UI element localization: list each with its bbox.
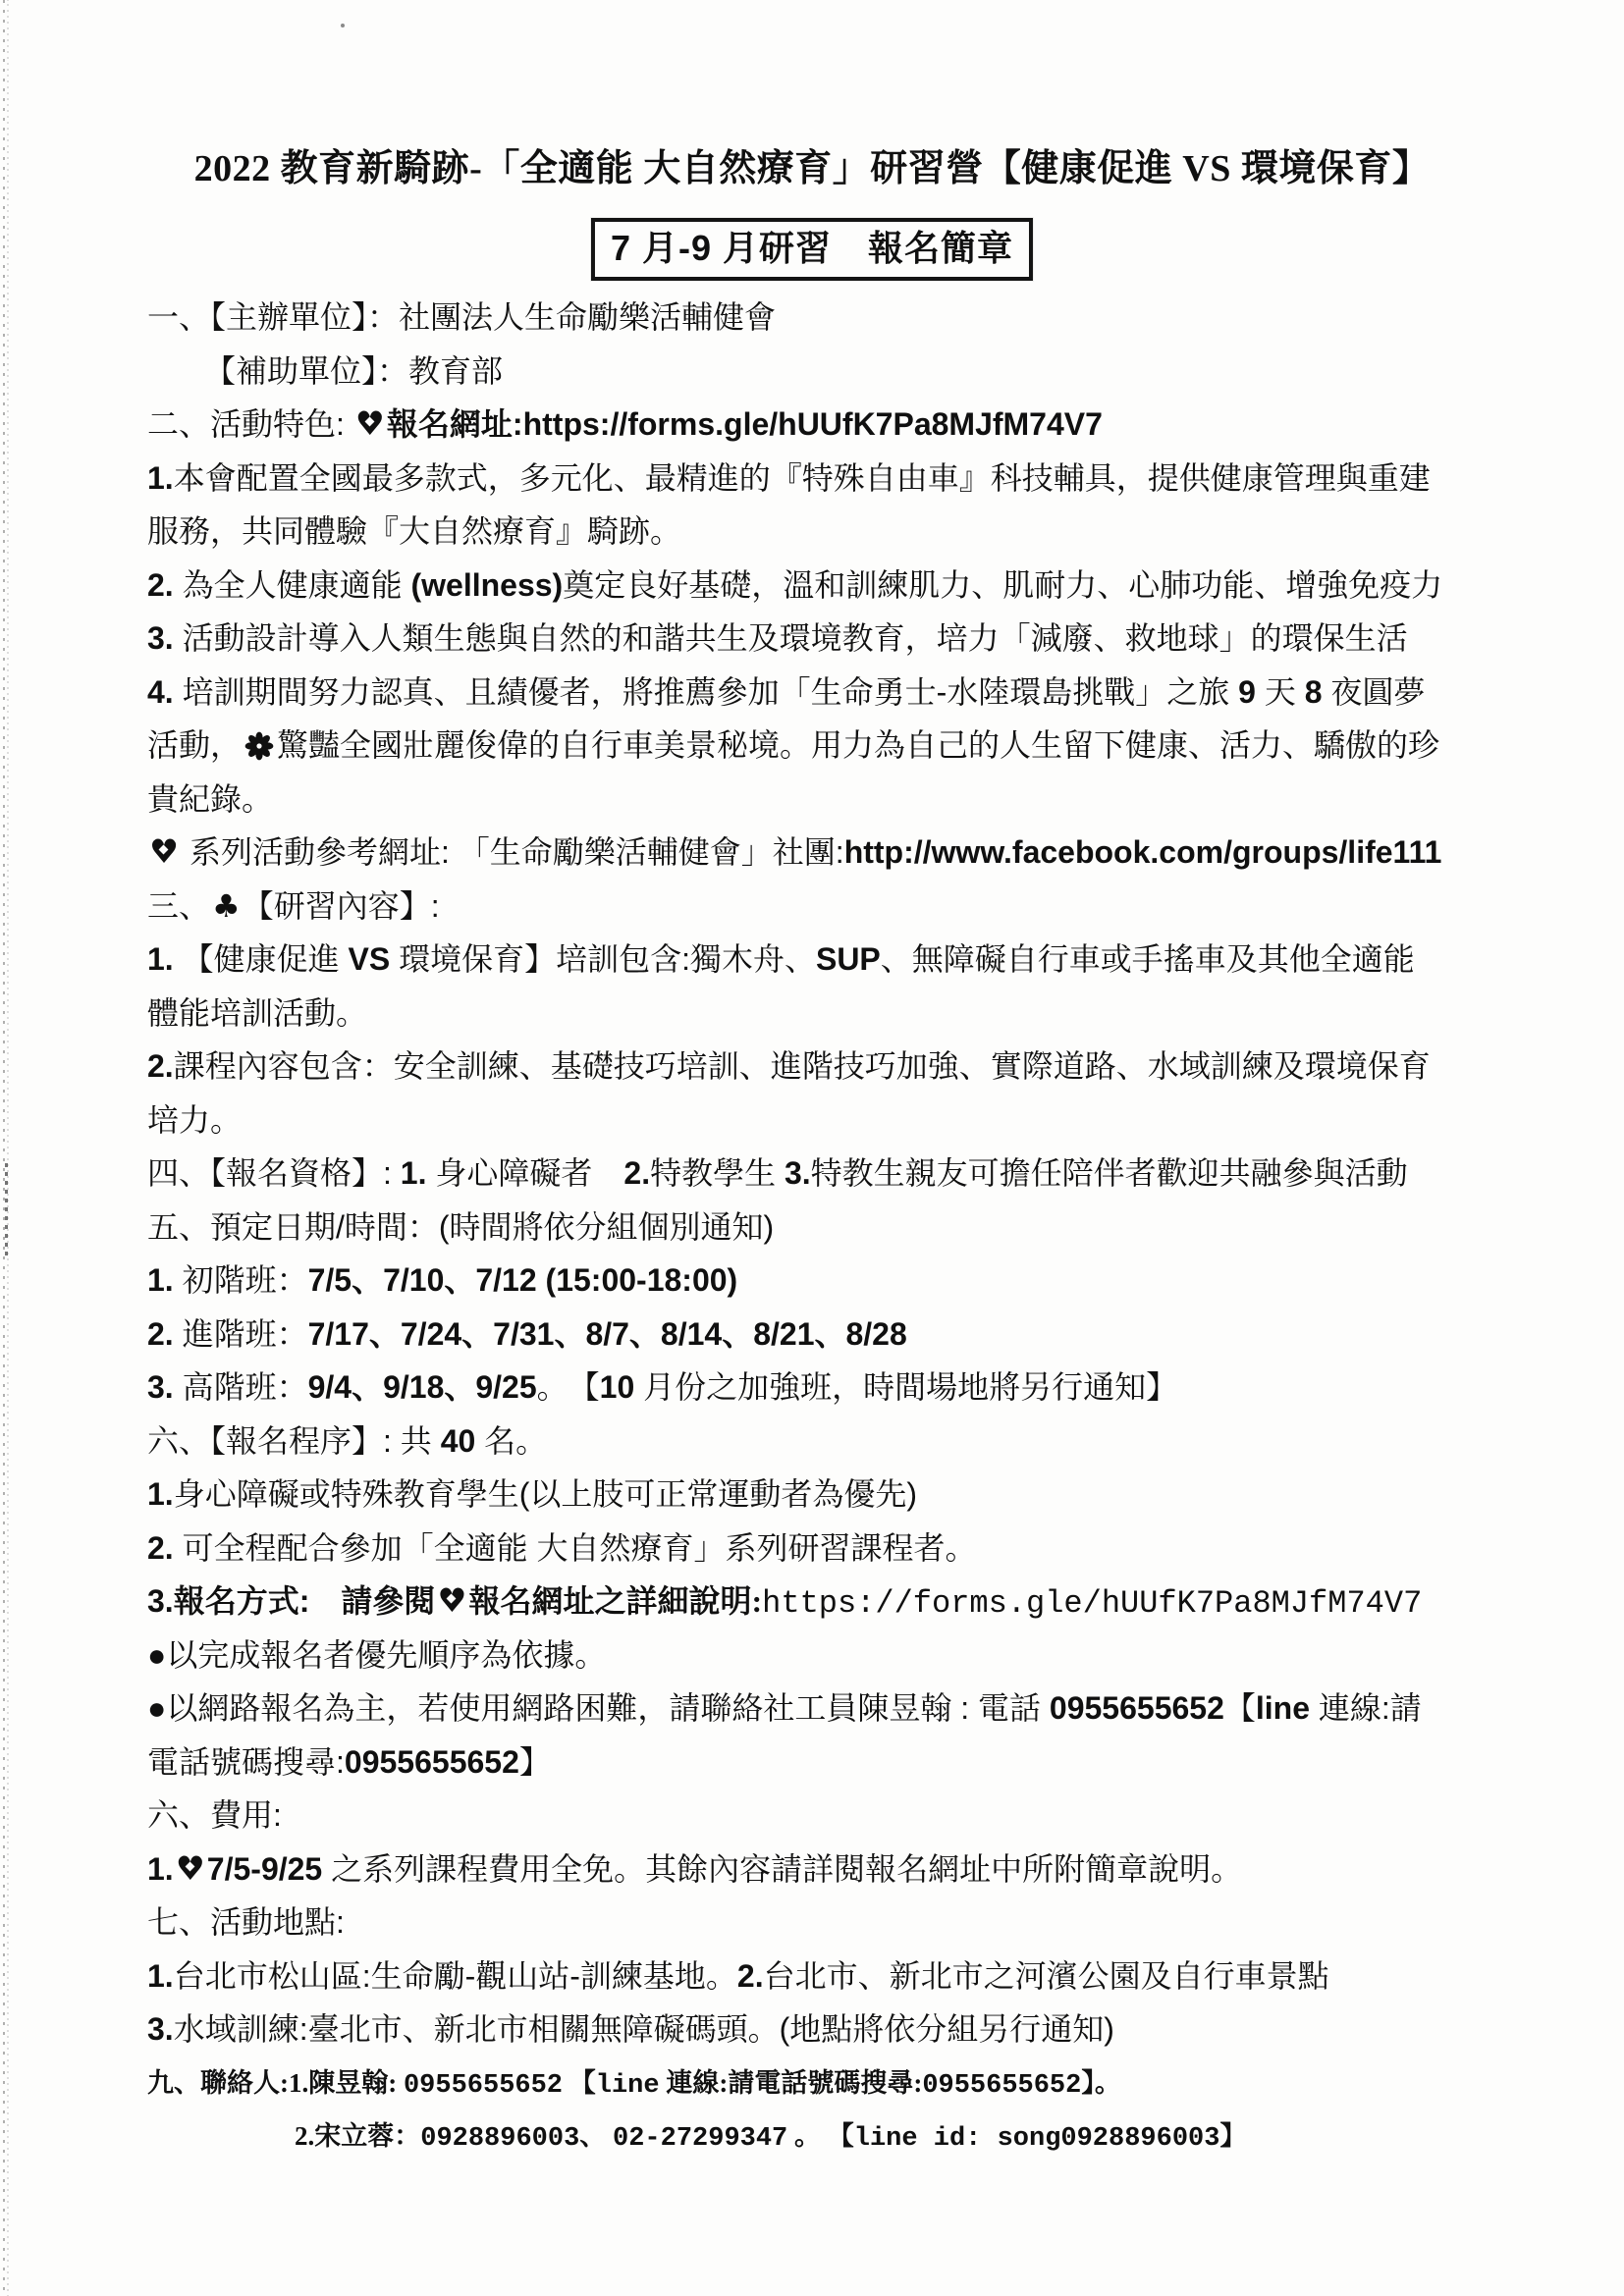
text-line: 活動，驚豔全國壯麗俊偉的自行車美景秘境。用力為自己的人生留下健康、活力、驕傲的珍 [147, 719, 1600, 773]
text-line: 電話號碼搜尋:0955655652】 [147, 1735, 1600, 1789]
text-line: 三、♣【研習內容】: [147, 880, 1600, 934]
text-segment: 10 [600, 1369, 635, 1405]
text-segment: 六、【報名程序】: 共 [147, 1423, 441, 1459]
text-segment: 2. [147, 567, 174, 603]
subtitle-text: 7 月-9 月研習 報名簡章 [611, 228, 1013, 268]
sparkling-heart-icon: ♥ [355, 407, 385, 441]
document-title: 2022 教育新騎跡-「全適能 大自然療育」研習營【健康促進 VS 環境保育】 [0, 145, 1624, 192]
text-line: 3.報名方式: 請參閱♥報名網址之詳細說明:https://forms.gle/… [147, 1575, 1600, 1629]
text-segment: 】 [1219, 2121, 1246, 2151]
text-segment: 。 【 [787, 2121, 854, 2151]
text-segment: SUP [816, 941, 881, 977]
text-segment: 2. [623, 1155, 650, 1191]
sparkling-heart-icon: ♥ [176, 1852, 205, 1886]
text-segment: 7/17、7/24、7/31、8/7、8/14、8/21、8/28 [308, 1316, 907, 1352]
text-segment: 0955655652 [404, 2071, 563, 2101]
text-segment: 水域訓練:臺北市、新北市相關無障礙碼頭。(地點將依分組另行通知) [174, 2011, 1114, 2047]
text-segment: 活動設計導入人類生態與自然的和諧共生及環境教育，培力「減廢、救地球」的環保生活 [174, 620, 1408, 656]
text-segment: 課程內容包含：安全訓練、基礎技巧培訓、進階技巧加強、實際道路、水域訓練及環境保育 [174, 1048, 1431, 1084]
text-line: 四、【報名資格】: 1. 身心障礙者 2.特教學生 3.特教生親友可擔任陪伴者歡… [147, 1147, 1600, 1201]
text-segment: 、無障礙自行車或手搖車及其他全適能 [881, 941, 1415, 977]
scan-artifact-dash [5, 1163, 8, 1256]
text-segment: 40 [441, 1423, 476, 1459]
text-line: 九、聯絡人:1.陳昱翰: 0955655652 【line 連線:請電話號碼搜尋… [147, 2056, 1600, 2110]
text-segment: ●以網路報名為主，若使用網路困難，請聯絡社工員陳昱翰 : 電話 [147, 1690, 1050, 1726]
text-line: 貴紀錄。 [147, 773, 1600, 827]
text-segment: 1. [147, 1476, 174, 1512]
text-line: 2. 進階班：7/17、7/24、7/31、8/7、8/14、8/21、8/28 [147, 1308, 1600, 1362]
text-segment: (wellness) [410, 567, 563, 603]
text-segment: 身心障礙或特殊教育學生(以上肢可正常運動者為優先) [174, 1476, 917, 1512]
text-segment: 2. [147, 1316, 174, 1352]
text-segment: 【 [563, 2068, 596, 2098]
text-line: 一、【主辦單位】：社團法人生命勵樂活輔健會 [147, 291, 1600, 345]
text-segment: 培力。 [147, 1102, 242, 1138]
text-segment: 活動， [147, 727, 242, 763]
scan-artifact-left-edge [2, 0, 11, 2296]
text-segment: 9 [1238, 674, 1256, 710]
sparkling-heart-icon: ♥ [149, 835, 179, 869]
text-segment: 名。 [475, 1423, 547, 1459]
text-segment: VS [348, 941, 390, 977]
text-line: 4. 培訓期間努力認真、且績優者，將推薦參加「生命勇士-水陸環島挑戰」之旅 9 … [147, 666, 1600, 720]
text-segment: 三、 [147, 888, 210, 924]
text-segment: 六、費用: [147, 1797, 282, 1833]
text-segment: 0955655652 [922, 2071, 1081, 2101]
text-segment: 0955655652 [345, 1744, 519, 1780]
text-segment: 1. [401, 1155, 427, 1191]
text-segment: 服務，共同體驗『大自然療育』騎跡。 [147, 513, 681, 549]
text-segment: 3. [147, 1369, 174, 1405]
text-line: 二、活動特色: ♥報名網址:https://forms.gle/hUUfK7Pa… [147, 398, 1600, 452]
text-segment: 【補助單位】：教育部 [204, 353, 503, 389]
text-segment: 2. [147, 1530, 174, 1566]
text-segment: 七、活動地點: [147, 1904, 345, 1940]
text-segment: 驚豔全國壯麗俊偉的自行車美景秘境。用力為自己的人生留下健康、活力、驕傲的珍 [277, 727, 1439, 763]
text-segment: 【 [1224, 1690, 1256, 1726]
text-line: ♥ 系列活動參考網址: 「生命勵樂活輔健會」社團:http://www.face… [147, 826, 1600, 880]
text-line: 五、預定日期/時間：(時間將依分組個別通知) [147, 1201, 1600, 1255]
text-segment: 請參閱 [341, 1583, 435, 1619]
sparkling-heart-icon: ♥ [437, 1584, 466, 1618]
text-line: 2. 可全程配合參加「全適能 大自然療育」系列研習課程者。 [147, 1522, 1600, 1575]
text-line: 體能培訓活動。 [147, 987, 1600, 1041]
text-segment: 1. [147, 460, 174, 496]
text-segment: 4. [147, 674, 174, 710]
text-segment: 特教學生 [650, 1155, 785, 1191]
text-segment: https://forms.gle/hUUfK7Pa8MJfM74V7 [762, 1585, 1422, 1622]
text-segment: http://www.facebook.com/groups/life111 [844, 834, 1442, 870]
text-segment: 身心障礙者 [426, 1155, 623, 1191]
text-segment: 奠定良好基礎，溫和訓練肌力、肌耐力、心肺功能、增強免疫力 [563, 567, 1442, 603]
text-segment: 【健康促進 [174, 941, 349, 977]
text-segment: 】 [519, 1744, 551, 1780]
text-line: 服務，共同體驗『大自然療育』騎跡。 [147, 505, 1600, 559]
text-segment: 進階班： [174, 1316, 308, 1352]
text-segment: 四、【報名資格】: [147, 1155, 401, 1191]
text-segment: 報名網址之詳細說明: [468, 1583, 762, 1619]
text-segment: 培訓期間努力認真、且績優者，將推薦參加「生命勇士-水陸環島挑戰」之旅 [174, 674, 1238, 710]
text-segment: line [1256, 1690, 1310, 1726]
text-segment: 0928896003 [420, 2124, 579, 2154]
text-segment: 台北市松山區:生命勵-觀山站-訓練基地。 [174, 1958, 737, 1994]
text-line: 【補助單位】：教育部 [204, 345, 1600, 399]
text-segment: 0955655652 [1050, 1690, 1224, 1726]
text-line: 1.台北市松山區:生命勵-觀山站-訓練基地。2.台北市、新北市之河濱公園及自行車… [147, 1949, 1600, 2003]
text-line: 2. 為全人健康適能 (wellness)奠定良好基礎，溫和訓練肌力、肌耐力、心… [147, 559, 1600, 613]
text-segment: 環境保育】培訓包含:獨木舟、 [390, 941, 816, 977]
text-segment: 02-27299347 [613, 2124, 787, 2154]
text-segment: 2.宋立蓉： [295, 2121, 420, 2151]
text-segment: 九、聯絡人:1.陳昱翰: [147, 2068, 404, 2098]
text-segment: 系列活動參考網址: 「生命勵樂活輔健會」社團: [181, 834, 844, 870]
flower-icon [244, 723, 274, 777]
text-segment: 】。 [1081, 2068, 1121, 2098]
text-line: 1.身心障礙或特殊教育學生(以上肢可正常運動者為優先) [147, 1468, 1600, 1522]
text-segment: 、 [579, 2121, 613, 2151]
text-segment: 2. [737, 1958, 764, 1994]
text-segment: 一、【主辦單位】：社團法人生命勵樂活輔健會 [147, 299, 776, 335]
text-segment: 1. [147, 1851, 174, 1887]
text-segment: 連線:請 [1310, 1690, 1422, 1726]
text-segment: 3. [147, 620, 174, 656]
text-segment: 二、活動特色: [147, 406, 353, 442]
text-line: 3. 高階班：9/4、9/18、9/25。 【10 月份之加強班，時間場地將另行… [147, 1361, 1600, 1415]
text-segment: ●以完成報名者優先順序為依據。 [147, 1637, 606, 1673]
text-line: ●以網路報名為主，若使用網路困難，請聯絡社工員陳昱翰 : 電話 09556556… [147, 1682, 1600, 1735]
text-segment: 夜圓夢 [1323, 674, 1426, 710]
text-segment: 報名網址: [387, 406, 523, 442]
text-segment: line [596, 2071, 660, 2101]
text-line: 1.本會配置全國最多款式，多元化、最精進的『特殊自由車』科技輔具，提供健康管理與… [147, 452, 1600, 506]
text-line: 六、【報名程序】: 共 40 名。 [147, 1415, 1600, 1468]
text-line: ●以完成報名者優先順序為依據。 [147, 1629, 1600, 1682]
text-segment: 本會配置全國最多款式，多元化、最精進的『特殊自由車』科技輔具，提供健康管理與重建 [174, 460, 1431, 496]
text-line: 1. 【健康促進 VS 環境保育】培訓包含:獨木舟、SUP、無障礙自行車或手搖車… [147, 933, 1600, 987]
scan-artifact-dot [341, 24, 345, 27]
text-line: 2.課程內容包含：安全訓練、基礎技巧培訓、進階技巧加強、實際道路、水域訓練及環境… [147, 1040, 1600, 1094]
text-segment: 貴紀錄。 [147, 781, 273, 817]
text-line: 1. 初階班：7/5、7/10、7/12 (15:00-18:00) [147, 1254, 1600, 1308]
text-segment: 初階班： [174, 1262, 308, 1298]
subtitle-box: 7 月-9 月研習 報名簡章 [591, 218, 1033, 281]
text-segment: 連線:請電話號碼搜尋: [660, 2068, 923, 2098]
text-segment: 3. [147, 1583, 174, 1619]
text-segment: 特教生親友可擔任陪伴者歡迎共融參與活動 [811, 1155, 1408, 1191]
text-segment: 1. [147, 1958, 174, 1994]
text-line: 七、活動地點: [147, 1896, 1600, 1949]
text-segment: 體能培訓活動。 [147, 995, 367, 1031]
text-segment: 台北市、新北市之河濱公園及自行車景點 [764, 1958, 1329, 1994]
text-segment: 1. [147, 1262, 174, 1298]
text-segment: 7/5、7/10、7/12 (15:00-18:00) [308, 1262, 738, 1298]
text-line: 3.水域訓練:臺北市、新北市相關無障礙碼頭。(地點將依分組另行通知) [147, 2002, 1600, 2056]
text-segment: 7/5-9/25 [207, 1851, 322, 1887]
text-segment: https://forms.gle/hUUfK7Pa8MJfM74V7 [523, 406, 1103, 442]
text-segment: 天 [1256, 674, 1305, 710]
scanned-document-page: 2022 教育新騎跡-「全適能 大自然療育」研習營【健康促進 VS 環境保育】 … [0, 0, 1624, 2296]
text-segment: 8 [1305, 674, 1323, 710]
text-segment: 3. [147, 2011, 174, 2047]
text-segment: line id: song0928896003 [854, 2124, 1220, 2154]
text-segment: 。 【 [537, 1369, 600, 1405]
text-line: 3. 活動設計導入人類生態與自然的和諧共生及環境教育，培力「減廢、救地球」的環保… [147, 612, 1600, 666]
text-segment: 報名方式: [174, 1583, 342, 1619]
text-segment: 1. [147, 941, 174, 977]
text-segment: 高階班： [174, 1369, 308, 1405]
text-segment: 2. [147, 1048, 174, 1084]
text-segment: 9/4、9/18、9/25 [308, 1369, 537, 1405]
text-segment: 電話號碼搜尋: [147, 1744, 345, 1780]
text-line: 2.宋立蓉：0928896003、 02-27299347 。 【line id… [295, 2109, 1600, 2163]
text-segment: 【研習內容】: [243, 888, 440, 924]
text-segment: 可全程配合參加「全適能 大自然療育」系列研習課程者。 [174, 1530, 977, 1566]
text-segment: 之系列課程費用全免。其餘內容請詳閱報名網址中所附簡章說明。 [322, 1851, 1242, 1887]
text-segment: 五、預定日期/時間：(時間將依分組個別通知) [147, 1209, 774, 1245]
document-body: 一、【主辦單位】：社團法人生命勵樂活輔健會【補助單位】：教育部二、活動特色: ♥… [147, 291, 1600, 2163]
text-segment: 月份之加強班，時間場地將另行通知】 [634, 1369, 1177, 1405]
text-line: 培力。 [147, 1094, 1600, 1148]
text-line: 六、費用: [147, 1789, 1600, 1842]
clover-icon: ♣ [212, 880, 241, 934]
text-segment: 3. [785, 1155, 811, 1191]
text-line: 1.♥7/5-9/25 之系列課程費用全免。其餘內容請詳閱報名網址中所附簡章說明… [147, 1842, 1600, 1896]
text-segment: 為全人健康適能 [174, 567, 411, 603]
